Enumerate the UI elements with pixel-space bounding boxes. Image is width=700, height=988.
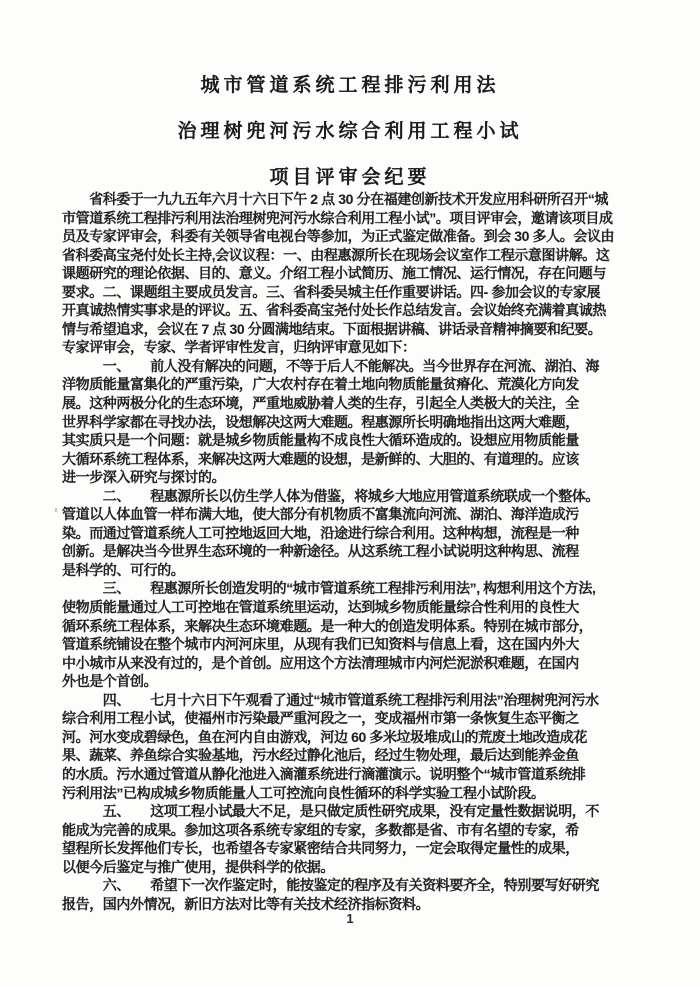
document-body-line: 六、 希望下一次作鉴定时，能按鉴定的程序及有关资料要齐全，特别要写好研究 (62, 876, 644, 895)
document-body-line: 污利用法”已构成城乡物质能量人工可控流向良性循环的科学实验工程小试阶段。 (62, 784, 644, 803)
document-body-line: 省科委高宝尧付处长主持,会议议程：一、由程惠源所长在现场会议室作工程示意图讲解。… (62, 246, 644, 265)
document-body-line: 大循环系统工程体系，来解决这两大难题的设想，是新鲜的、大胆的、有道理的。应该 (62, 450, 644, 469)
document-body-line: 循环系统工程体系，来解决生态环境难题。是一种大的创造发明体系。特别在城市部分， (62, 617, 644, 636)
document-body-line: 员及专家评审会，科委有关领导省电视台等参加，为正式鉴定做准备。到会 30 多人。… (62, 227, 644, 246)
document-title-line: 城市管道系统工程排污利用法 (0, 76, 700, 96)
document-body-line: 开真诚热情实事求是的评议。五、省科委高宝尧付处长作总结发言。会议始终充满着真诚热 (62, 301, 644, 320)
document-body-line: 市管道系统工程排污利用法治理树兜河污水综合利用工程小试”。项目评审会，邀请该项目… (62, 209, 644, 228)
document-body-line: 能成为完善的成果。参加这项各系统专家组的专家，多数都是省、市有名望的专家，希 (62, 821, 644, 840)
document-body-line: 是科学的、可行的。 (62, 561, 644, 580)
document-body-line: 中小城市从来没有过的，是个首创。应用这个方法清理城市内河烂泥淤积难题，在国内 (62, 654, 644, 673)
document-body: 省科委于一九九五年六月十六日下午 2 点 30 分在福建创新技术开发应用科研所召… (62, 190, 644, 913)
document-body-line: 染。而通过管道系统人工可控地返回大地，沿途进行综合利用。这种构想，流程是一种 (62, 524, 644, 543)
document-body-line: 要求。二、课题组主要成员发言。三、省科委吴城主任作重要讲话。四- 参加会议的专家… (62, 283, 644, 302)
document-body-line: 河。河水变成碧绿色，鱼在河内自由游戏，河边 60 多米垃圾堆成山的荒废土地改造成… (62, 728, 644, 747)
document-body-line: 课题研究的理论依据、目的、意义。介绍工程小试简历、施工情况、运行情况，存在问题与 (62, 264, 644, 283)
document-body-line: 省科委于一九九五年六月十六日下午 2 点 30 分在福建创新技术开发应用科研所召… (62, 190, 644, 209)
document-body-line: 情与希望追求，会议在 7 点 30 分圆满地结束。下面根据讲稿、讲话录音精神摘要… (62, 320, 644, 339)
document-body-line: 二、 程惠源所长以仿生学人体为借鉴，将城乡大地应用管道系统联成一个整体。 (62, 487, 644, 506)
document-body-line: 三、 程惠源所长创造发明的“城市管道系统工程排污利用法”, 构想利用这个方法, (62, 579, 644, 598)
document-body-line: 进一步深入研究与探讨的。 (62, 468, 644, 487)
document-title-line: 治理树兜河污水综合利用工程小试 (0, 122, 700, 142)
document-body-line: 外也是个首创。 (62, 672, 644, 691)
document-body-line: 洋物质能量富集化的严重污染，广大农村存在着土地向物质能量贫瘠化、荒漠化方向发 (62, 375, 644, 394)
document-body-line: 其实质只是一个问题：就是城乡物质能量构不成良性大循环造成的。设想应用物质能量 (62, 431, 644, 450)
document-body-line: 四、 七月十六日下午观看了通过“城市管道系统工程排污利用法”治理树兜河污水 (62, 691, 644, 710)
document-body-line: 专家评审会，专家、学者评审性发言，归纳评审意见如下： (62, 338, 644, 357)
scan-speck (55, 508, 57, 512)
document-body-line: 创新。是解决当今世界生态环境的一种新途径。从这系统工程小试说明这种构思、流程 (62, 542, 644, 561)
document-title-line: 项目评审会纪要 (0, 168, 700, 188)
document-body-line: 以便今后鉴定与推广使用，提供科学的依据。 (62, 858, 644, 877)
document-body-line: 的水质。污水通过管道从静化池进入滴灌系统进行滴灌演示。说明整个“城市管道系统排 (62, 765, 644, 784)
document-body-line: 世界科学家都在寻找办法，设想解决这两大难题。程惠源所长明确地指出这两大难题， (62, 413, 644, 432)
document-body-line: 望程所长发挥他们专长，也希望各专家紧密结合共同努力，一定会取得定量性的成果， (62, 839, 644, 858)
scanned-document-page: 城市管道系统工程排污利用法治理树兜河污水综合利用工程小试项目评审会纪要 省科委于… (0, 0, 700, 988)
document-body-line: 五、 这项工程小试最大不足，是只做定质性研究成果，没有定量性数据说明，不 (62, 802, 644, 821)
document-body-line: 展。这种两极分化的生态环境，严重地威胁着人类的生存，引起全人类极大的关注，全 (62, 394, 644, 413)
page-number: 1 (0, 911, 700, 926)
document-body-line: 使物质能量通过人工可控地在管道系统里运动，达到城乡物质能量综合性利用的良性大 (62, 598, 644, 617)
document-body-line: 管道以人体血管一样布满大地，使大部分有机物质不富集流向河流、湖泊、海洋造成污 (62, 505, 644, 524)
document-body-line: 管道系统铺设在整个城市内河河床里，从现有我们已知资料与信息上看，这在国内外大 (62, 635, 644, 654)
document-body-line: 一、 前人没有解决的问题，不等于后人不能解决。当今世界存在河流、湖泊、海 (62, 357, 644, 376)
document-body-line: 果、蔬菜、养鱼综合实验基地，污水经过静化池后，经过生物处理，最后达到能养金鱼 (62, 746, 644, 765)
document-body-line: 综合利用工程小试，使福州市污染最严重河段之一，变成福州市第一条恢复生态平衡之 (62, 709, 644, 728)
